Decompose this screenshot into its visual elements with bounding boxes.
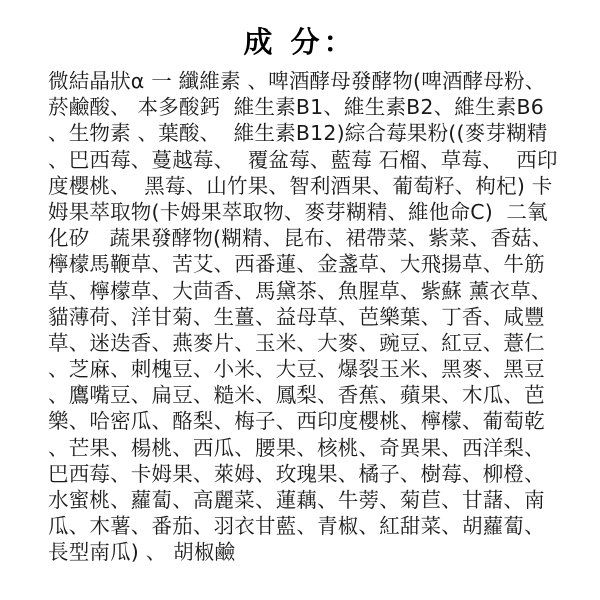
ingredients-line: 瓜、木薯、番茄、羽衣甘藍、青椒、紅甜菜、胡蘿蔔、 [48, 513, 554, 539]
ingredients-line: 檸檬馬鞭草、苦艾、西番蓮、金盞草、大飛揚草、牛筋 [48, 251, 554, 277]
ingredients-line: 、巴西莓、蔓越莓、 覆盆莓、藍莓 石榴、草莓、 西印 [48, 147, 554, 173]
ingredients-title: 成 分： [0, 24, 600, 60]
ingredients-line: 化矽 蔬果發酵物(糊精、昆布、裙帶菜、紫菜、香菇、 [48, 225, 554, 251]
ingredients-line: 度櫻桃、 黑莓、山竹果、智利酒果、葡萄籽、枸杞) 卡 [48, 173, 554, 199]
ingredients-line: 樂、哈密瓜、酪梨、梅子、西印度櫻桃、檸檬、葡萄乾 [48, 408, 554, 434]
ingredients-line: 草、迷迭香、燕麥片、玉米、大麥、豌豆、紅豆、薏仁 [48, 330, 554, 356]
ingredients-line: 菸鹼酸、 本多酸鈣 維生素B1、維生素B2、維生素B6 [48, 94, 554, 120]
ingredients-line: 姆果萃取物(卡姆果萃取物、麥芽糊精、維他命C) 二氧 [48, 199, 554, 225]
ingredients-line: 巴西莓、卡姆果、萊姆、玫瑰果、橘子、樹莓、柳橙、 [48, 461, 554, 487]
ingredients-line: 草、檸檬草、大茴香、馬黛茶、魚腥草、紫蘇 薰衣草、 [48, 278, 554, 304]
ingredients-list: 微結晶狀α 一 纖維素 、啤酒酵母發酵物(啤酒酵母粉、 菸鹼酸、 本多酸鈣 維生… [48, 68, 554, 566]
ingredients-line: 、芒果、楊桃、西瓜、腰果、核桃、奇異果、西洋梨、 [48, 435, 554, 461]
ingredients-line: 長型南瓜) 、 胡椒鹼 [48, 539, 554, 565]
ingredients-line: 微結晶狀α 一 纖維素 、啤酒酵母發酵物(啤酒酵母粉、 [48, 68, 554, 94]
ingredients-line: 貓薄荷、洋甘菊、生薑、益母草、芭樂葉、丁香、咸豐 [48, 304, 554, 330]
ingredients-line: 水蜜桃、蘿蔔、高麗菜、蓮藕、牛蒡、菊苣、甘藷、南 [48, 487, 554, 513]
ingredients-line: 、生物素 、葉酸、 維生素B12)綜合莓果粉((麥芽糊精 [48, 120, 554, 146]
ingredients-line: 、鷹嘴豆、扁豆、糙米、鳳梨、香蕉、蘋果、木瓜、芭 [48, 382, 554, 408]
ingredients-line: 、芝麻、刺槐豆、小米、大豆、爆裂玉米、黑麥、黑豆 [48, 356, 554, 382]
